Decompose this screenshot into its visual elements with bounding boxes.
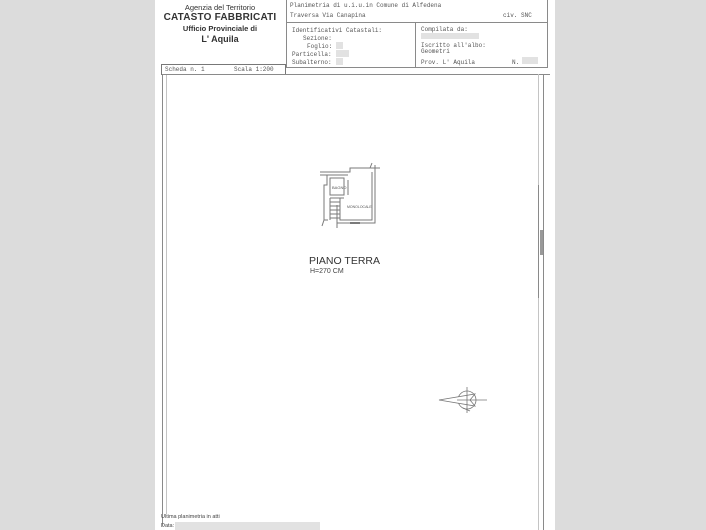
floor-plan-drawing: BAGNO MONOLOCALE — [320, 160, 390, 230]
footer-date-label: Data: — [161, 523, 174, 529]
agency-name: Agenzia del Territorio — [155, 3, 285, 12]
header-divider — [286, 0, 287, 68]
frame-right-ruler — [538, 74, 539, 530]
compiler-name-redacted — [421, 33, 479, 39]
office-name: Ufficio Provinciale di — [155, 24, 285, 33]
address: Traversa Via Canapina — [290, 12, 366, 19]
header-bottom-rule — [286, 67, 548, 68]
registry-title: CATASTO FABBRICATI — [155, 12, 285, 23]
scheda-number: Scheda n. 1 — [165, 66, 205, 73]
cadastral-plan-page: Agenzia del Territorio CATASTO FABBRICAT… — [155, 0, 555, 530]
compilata-heading: Compilata da: — [421, 26, 468, 33]
identificativi-heading: Identificativi Catastali: — [292, 27, 382, 34]
particella-value-redacted — [336, 50, 349, 57]
room-main-label: MONOLOCALE — [347, 205, 372, 209]
scale: Scala 1:200 — [234, 66, 274, 73]
height-label: H=270 CM — [310, 268, 344, 275]
frame-right-border — [543, 74, 544, 530]
subalterno-value-redacted — [336, 58, 343, 65]
frame-top-border — [162, 74, 550, 75]
info-divider — [415, 22, 416, 68]
registration-number-label: N. — [512, 59, 519, 66]
province-name: L' Aquila — [155, 34, 285, 44]
room-bath-label: BAGNO — [332, 185, 346, 190]
foglio-label: Foglio: — [307, 43, 332, 50]
ruler-segment — [538, 185, 539, 298]
foglio-value-redacted — [336, 42, 343, 49]
header-rule — [286, 22, 548, 23]
civic-number: civ. SNC — [503, 12, 532, 19]
frame-left-ruler — [166, 74, 167, 514]
north-arrow-icon — [437, 383, 492, 418]
planimetria-title: Planimetria di u.i.u.in Comune di Alfede… — [290, 2, 441, 9]
subalterno-label: Subalterno: — [292, 59, 332, 66]
frame-left-border — [162, 74, 163, 526]
sezione-label: Sezione: — [303, 35, 332, 42]
header-right-border — [547, 0, 548, 68]
floor-label: PIANO TERRA — [309, 255, 380, 267]
footer-redacted — [175, 522, 320, 530]
ruler-label — [540, 230, 543, 255]
registration-number-redacted — [522, 57, 538, 64]
province-label: Prov. L' Aquila — [421, 59, 475, 66]
albo-value: Geometri — [421, 48, 450, 55]
footer-note: Ultima planimetria in atti — [161, 514, 220, 520]
particella-label: Particella: — [292, 51, 332, 58]
